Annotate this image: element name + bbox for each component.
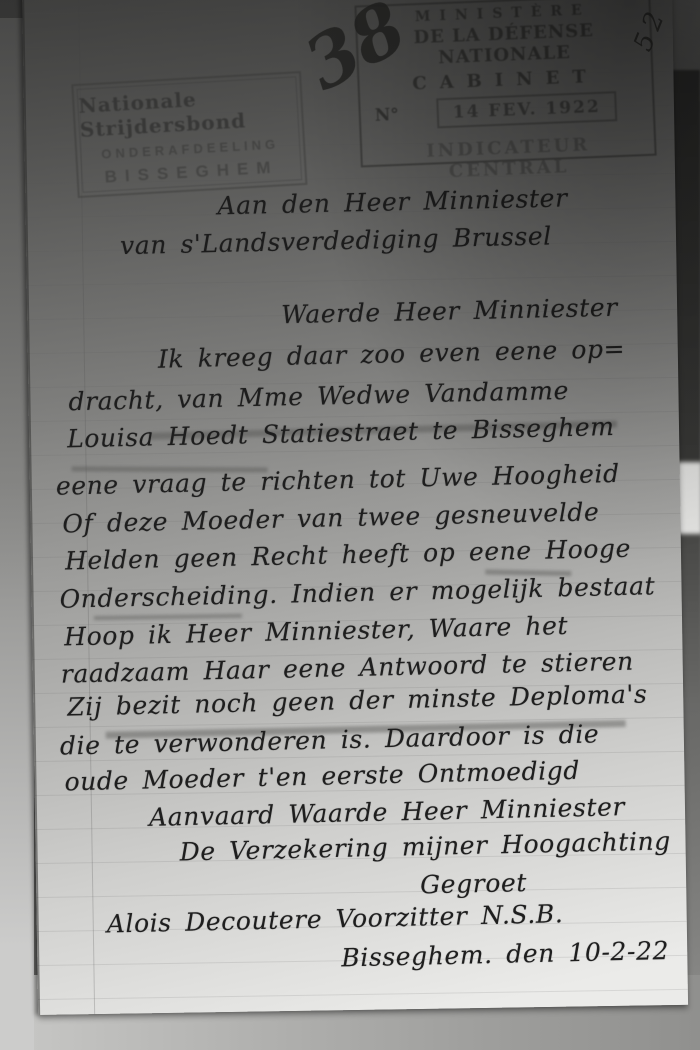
letter-line: Helden geen Recht heeft op eene Hooge xyxy=(65,534,632,576)
letter-dateline: Bisseghem. den 10-2-22 xyxy=(341,936,669,972)
stamp-place: BISSEGHEM xyxy=(104,157,279,187)
stamp-indicateur-central: INDICATEUR CENTRAL xyxy=(368,132,649,185)
letter-line: Onderscheiding. Indien er mogelijk besta… xyxy=(59,571,655,614)
letter-line: Gegroet xyxy=(420,868,527,899)
letter-line: die te verwonderen is. Daardoor is die xyxy=(60,719,600,760)
letter-line: dracht, van Mme Wedwe Vandamme xyxy=(68,376,569,416)
letter-line: De Verzekering mijner Hoogachting xyxy=(179,826,671,866)
letter-line: oude Moeder t'en eerste Ontmoedigd xyxy=(64,756,580,797)
stamp-nationale-strijdersbond: Nationale Strijdersbond ONDERAFDEELING B… xyxy=(71,71,307,198)
letter-line: Aanvaard Waarde Heer Minniester xyxy=(149,792,626,832)
stamp-inner-border: Nationale Strijdersbond ONDERAFDEELING B… xyxy=(77,76,303,192)
letter-line: Ik kreeg daar zoo even eene op= xyxy=(158,334,626,374)
photo-frame: 52 Nationale Strijdersbond ONDERAFDEELIN… xyxy=(0,0,700,1050)
letter-line: Louisa Hoedt Statiestraet te Bisseghem xyxy=(67,412,615,453)
letter-line: eene vraag te richten tot Uwe Hoogheid xyxy=(56,459,620,501)
stamp-subdivision: ONDERAFDEELING xyxy=(101,136,280,161)
letter-signature: Alois Decoutere Voorzitter N.S.B. xyxy=(106,899,563,938)
letter-line: van s'Landsverdediging Brussel xyxy=(120,221,552,260)
letter-line: Waerde Heer Minniester xyxy=(281,293,618,330)
stamp-number-row: N° 14 FEV. 1922 xyxy=(366,90,647,131)
stamp-org-name: Nationale Strijdersbond xyxy=(78,81,298,141)
letter-line: Aan den Heer Minniester xyxy=(217,183,568,220)
letter-line: Of deze Moeder van twee gesneuvelde xyxy=(62,497,599,538)
stamp-number-label: N° xyxy=(374,105,399,126)
stamp-date-received: 14 FEV. 1922 xyxy=(436,91,617,128)
letter-page: Nationale Strijdersbond ONDERAFDEELING B… xyxy=(22,0,688,1015)
